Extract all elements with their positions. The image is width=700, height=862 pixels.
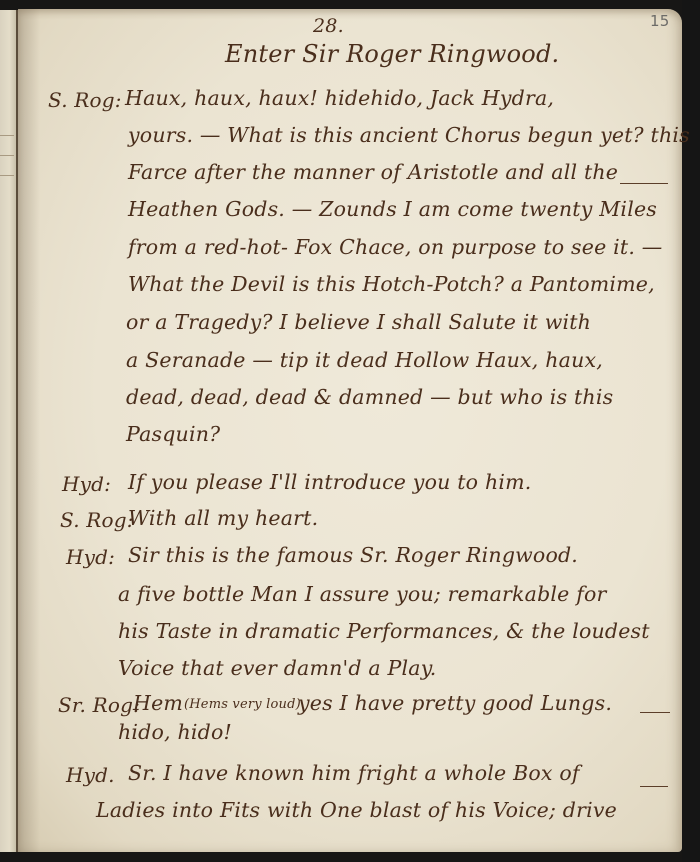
speech-line: his Taste in dramatic Performances, & th… <box>118 619 650 643</box>
speaker-label: Hyd: <box>66 545 115 569</box>
speech-line: Haux, haux, haux! hidehido, Jack Hydra, <box>125 86 554 110</box>
gutter-shadow <box>18 9 40 852</box>
line-filler-dash <box>640 712 670 713</box>
speech-line: What the Devil is this Hotch-Potch? a Pa… <box>128 272 655 296</box>
speech-line: from a red-hot- Fox Chace, on purpose to… <box>128 235 662 259</box>
page-edge-line <box>0 155 14 156</box>
speech-line: Sir this is the famous Sr. Roger Ringwoo… <box>128 543 578 567</box>
speaker-label: Hyd: <box>62 472 111 496</box>
speech-line: Sr. I have known him fright a whole Box … <box>128 761 580 785</box>
speech-line: Hem <box>133 691 183 715</box>
speech-line: dead, dead, dead & damned — but who is t… <box>126 385 613 409</box>
page-edge-line <box>0 135 14 136</box>
speech-line: With all my heart. <box>128 506 318 530</box>
speech-line: hido, hido! <box>118 720 232 744</box>
speaker-label: S. Rog: <box>60 508 134 532</box>
scene-heading: Enter Sir Roger Ringwood. <box>225 40 559 68</box>
previous-page-edge <box>0 10 18 852</box>
stage-direction: (Hems very loud) <box>184 697 301 712</box>
speech-line: yes I have pretty good Lungs. <box>298 691 612 715</box>
speech-line: a five bottle Man I assure you; remarkab… <box>118 582 607 606</box>
speaker-label: Sr. Rog: <box>58 693 140 717</box>
speech-line: yours. — What is this ancient Chorus beg… <box>128 123 690 147</box>
manuscript-scan: 28. 15 Enter Sir Roger Ringwood. S. Rog:… <box>0 0 700 862</box>
speaker-label: S. Rog: <box>48 88 122 112</box>
folio-number: 15 <box>650 12 670 30</box>
speech-line: Pasquin? <box>126 422 220 446</box>
page-edge-line <box>0 175 14 176</box>
speech-line: or a Tragedy? I believe I shall Salute i… <box>126 310 591 334</box>
line-filler-dash <box>640 786 668 787</box>
page-number: 28. <box>313 15 344 37</box>
speech-line: If you please I'll introduce you to him. <box>128 470 531 494</box>
speech-line: a Seranade — tip it dead Hollow Haux, ha… <box>126 348 603 372</box>
line-filler-dash <box>620 183 668 184</box>
speech-line: Ladies into Fits with One blast of his V… <box>96 798 617 822</box>
speech-line: Voice that ever damn'd a Play. <box>118 656 436 680</box>
speaker-label: Hyd. <box>66 763 115 787</box>
speech-line: Heathen Gods. — Zounds I am come twenty … <box>128 197 657 221</box>
speech-line: Farce after the manner of Aristotle and … <box>128 160 618 184</box>
